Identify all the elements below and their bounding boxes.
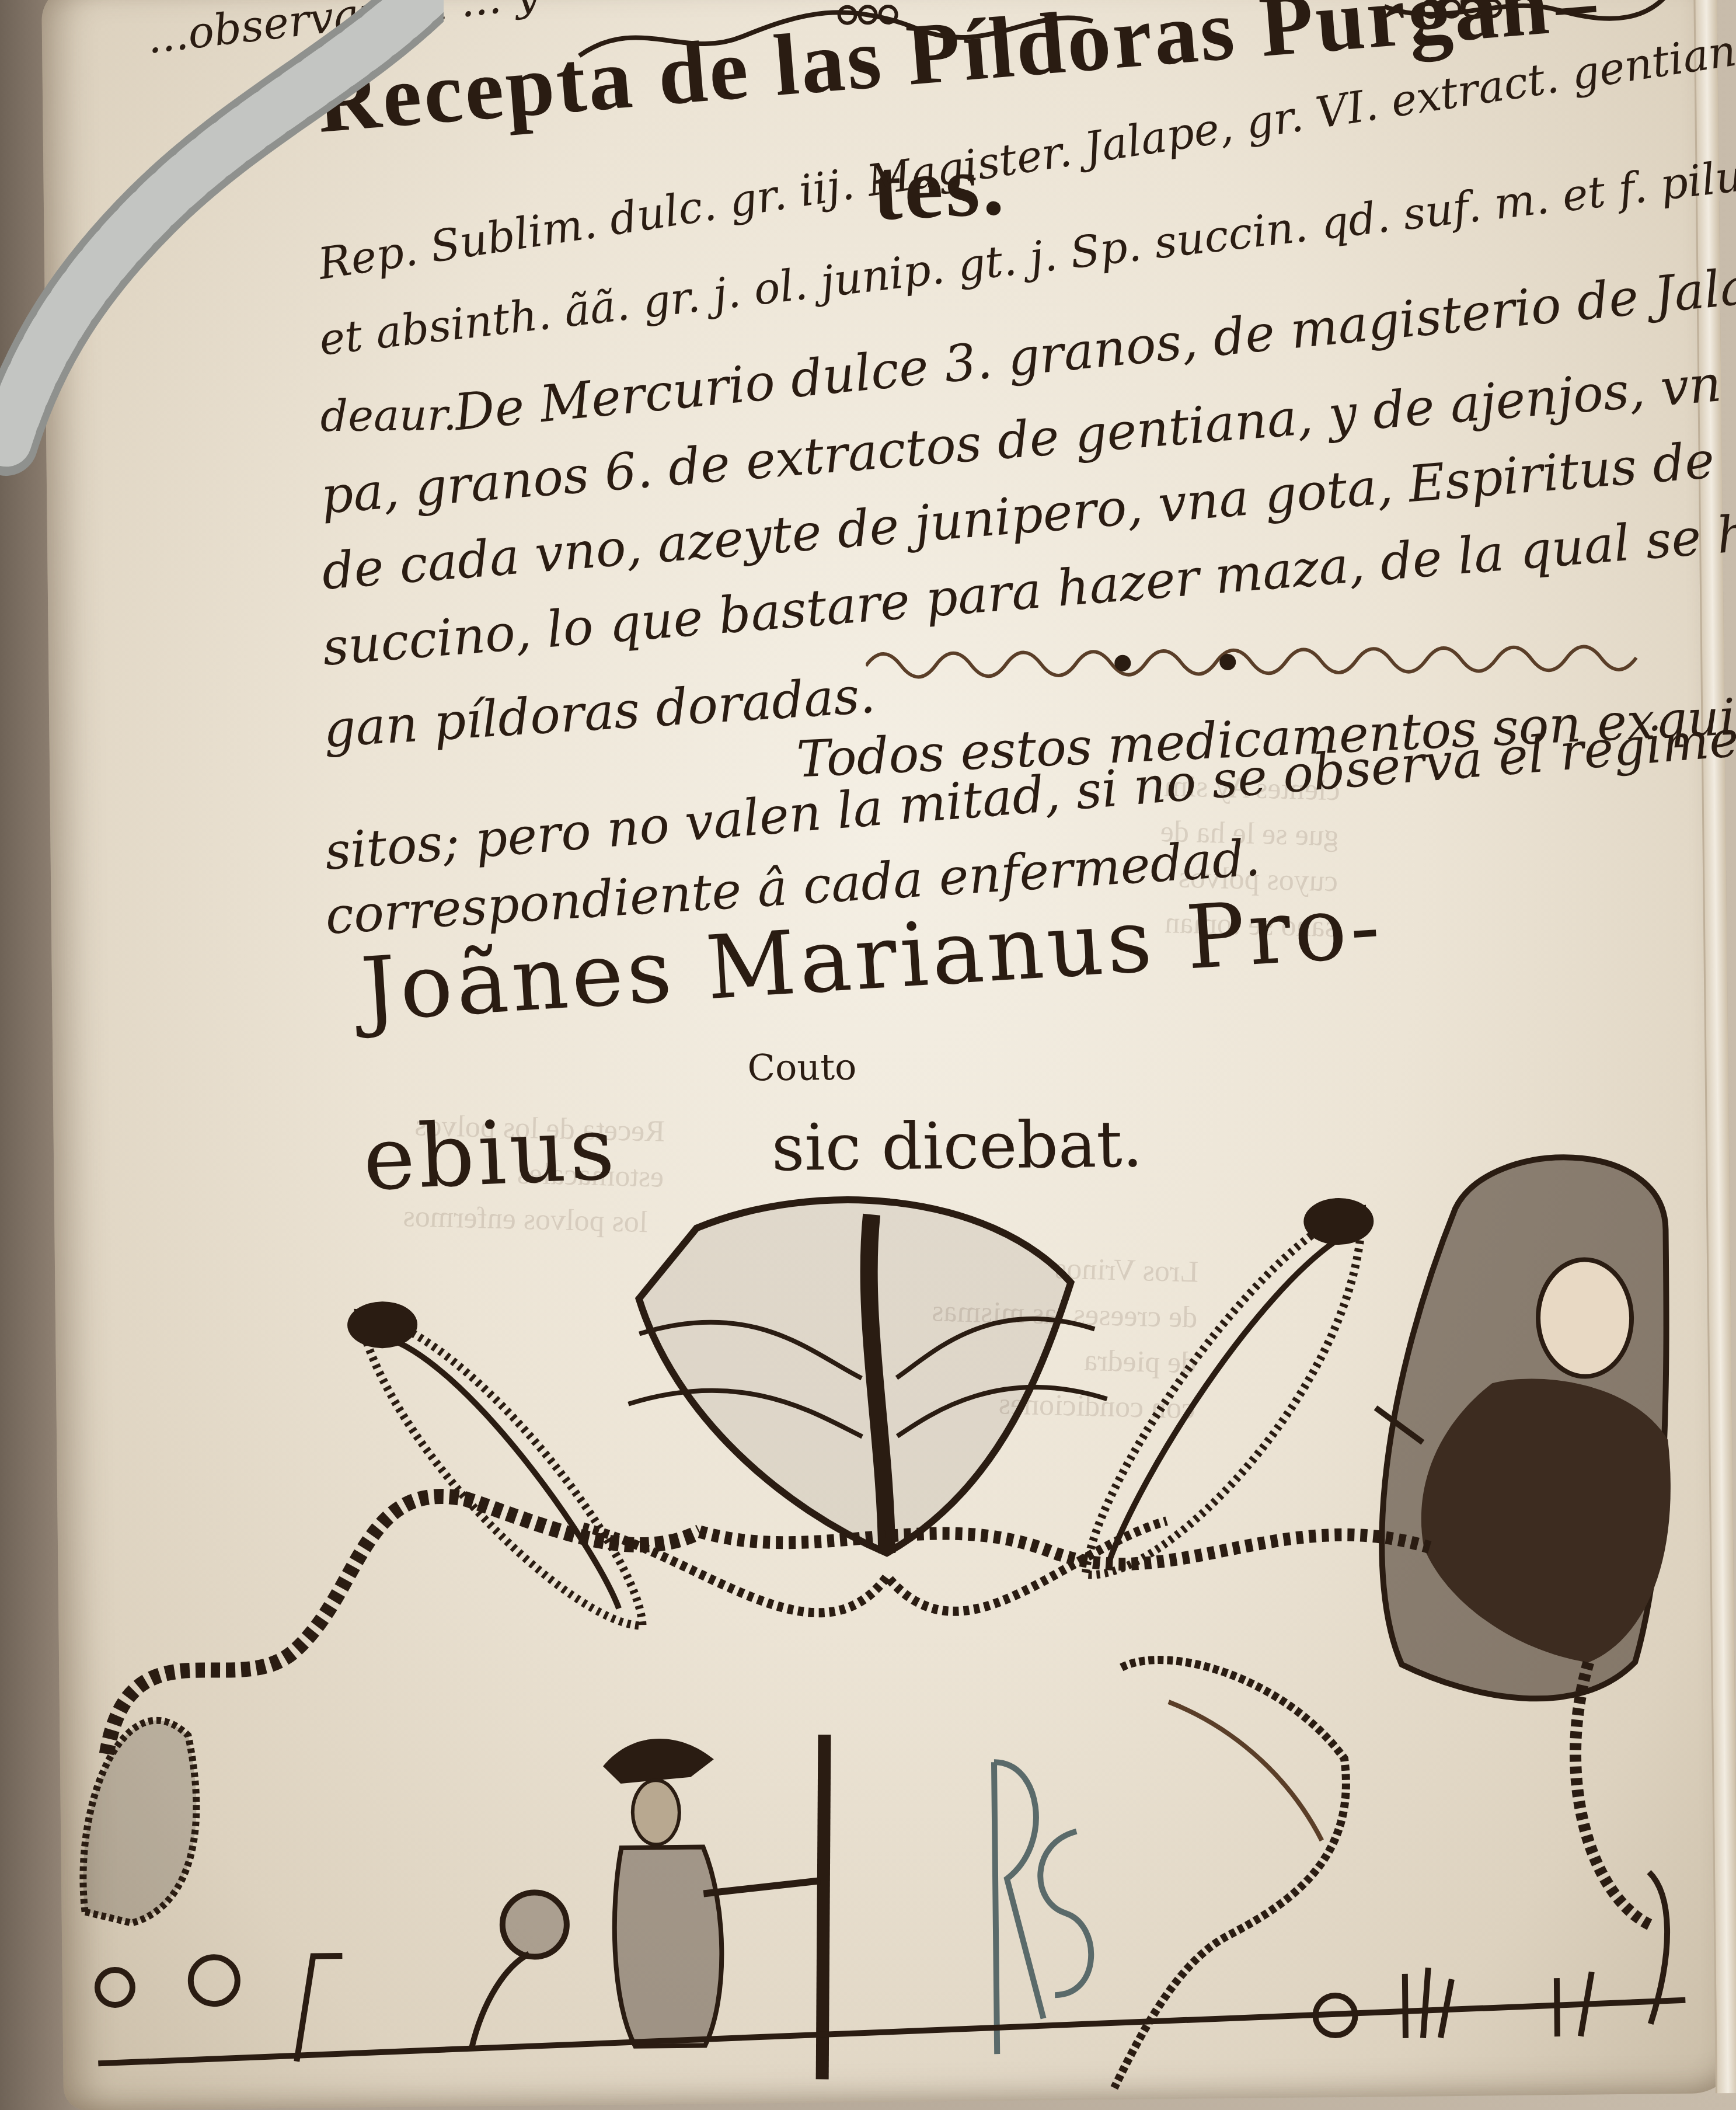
bird-figure-icon (1110, 1658, 1349, 2088)
pencil-letters-icon (994, 1761, 1092, 2054)
left-leaf-icon (347, 1299, 643, 1629)
spanish-recipe-line: gan píldoras doradas. (322, 666, 877, 759)
signature-line-2: ebius (361, 1098, 620, 1211)
illustration (54, 1136, 1736, 2110)
manuscript-page: cientes Ay sim gue se le ha de cuyos pol… (41, 0, 1736, 2110)
latin-recipe-line: deaur. (320, 390, 457, 441)
central-flower-icon (580, 1196, 1167, 1615)
monk-figure-icon (1373, 1157, 1673, 1701)
wavy-divider-icon (866, 622, 1683, 690)
signature-closing: sic dicebat. (771, 1106, 1143, 1185)
signature-annotation: Couto (747, 1046, 857, 1089)
right-leaf-icon (1082, 1197, 1378, 1575)
man-with-rifle-icon (602, 1735, 828, 2081)
ground-plants-icon (96, 1872, 1686, 2063)
bleed-through-text: Lros Vrinos de creeses las mismas de pie… (928, 1197, 1200, 1477)
